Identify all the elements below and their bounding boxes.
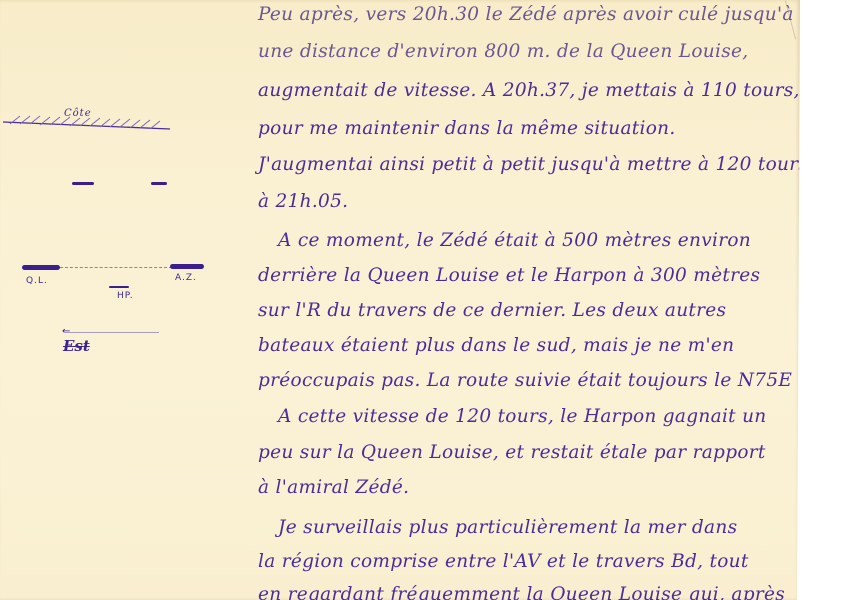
- text-line-1: Peu après, vers 20h.30 le Zédé après avo…: [258, 4, 794, 25]
- queen-louise-label: Q.L.: [26, 276, 48, 286]
- text-line-11: préoccupais pas. La route suivie était t…: [258, 370, 792, 391]
- text-line-12: A cette vitesse de 120 tours, le Harpon …: [278, 406, 767, 427]
- text-line-13: peu sur la Queen Louise, et restait étal…: [258, 442, 766, 463]
- text-line-14: à l'amiral Zédé.: [258, 477, 409, 498]
- ship-marker-upper-left: [72, 182, 94, 185]
- ship-marker-harpon: [109, 286, 129, 288]
- text-line-4: pour me maintenir dans la même situation…: [258, 118, 676, 139]
- text-line-9: sur l'R du travers de ce dernier. Les de…: [258, 300, 726, 321]
- ship-marker-amiral-zede: [170, 264, 204, 269]
- east-label: Est: [63, 337, 90, 355]
- text-line-15: Je surveillais plus particulièrement la …: [278, 517, 737, 538]
- text-line-10: bateaux étaient plus dans le sud, mais j…: [258, 335, 734, 356]
- text-line-17: en regardant fréquemment la Queen Louise…: [258, 584, 785, 600]
- text-line-8: derrière la Queen Louise et le Harpon à …: [258, 265, 760, 286]
- text-line-6: à 21h.05.: [258, 191, 348, 212]
- coastline-hatching-icon: [0, 108, 175, 130]
- text-line-2: une distance d'environ 800 m. de la Quee…: [258, 41, 748, 62]
- text-line-16: la région comprise entre l'AV et le trav…: [258, 551, 749, 572]
- text-line-7: A ce moment, le Zédé était à 500 mètres …: [278, 230, 751, 251]
- dotted-alignment-line: [60, 267, 172, 268]
- harpon-label: HP.: [117, 291, 134, 301]
- text-line-3: augmentait de vitesse. A 20h.37, je mett…: [258, 80, 800, 101]
- direction-arrow-line: [64, 332, 159, 333]
- ship-marker-upper-right: [151, 182, 167, 185]
- text-line-5: J'augmentai ainsi petit à petit jusqu'à …: [258, 154, 808, 175]
- ship-marker-queen-louise: [22, 265, 60, 270]
- manuscript-page: Peu après, vers 20h.30 le Zédé après avo…: [0, 0, 800, 600]
- amiral-zede-label: A.Z.: [175, 273, 197, 283]
